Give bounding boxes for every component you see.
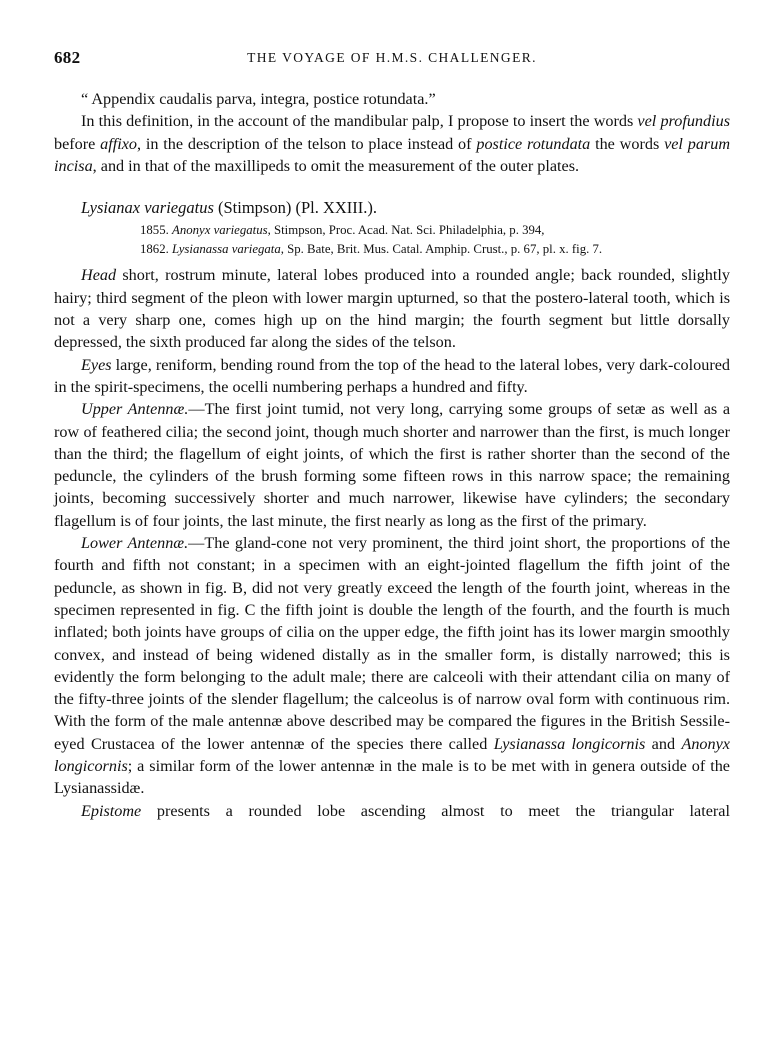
section-term: Eyes	[81, 356, 112, 374]
text: before	[54, 135, 100, 153]
italic-term: affixo	[100, 135, 137, 153]
reference: , Stimpson, Proc. Acad. Nat. Sci. Philad…	[268, 223, 545, 237]
latin-quote: “ Appendix caudalis parva, integra, post…	[54, 88, 730, 110]
year: 1855.	[140, 223, 172, 237]
year: 1862.	[140, 242, 172, 256]
page-body: “ Appendix caudalis parva, integra, post…	[54, 88, 730, 822]
taxon-name: Lysianassa variegata	[172, 242, 281, 256]
text: and	[645, 735, 681, 753]
reference: , Sp. Bate, Brit. Mus. Catal. Amphip. Cr…	[281, 242, 602, 256]
text: , in the description of the telson to pl…	[137, 135, 476, 153]
section-term: Lower Antennæ.	[81, 534, 188, 552]
page-header: 682 THE VOYAGE OF H.M.S. CHALLENGER.	[54, 48, 730, 70]
upper-antennae-paragraph: Upper Antennæ.—The first joint tumid, no…	[54, 398, 730, 532]
species-heading: Lysianax variegatus (Stimpson) (Pl. XXII…	[54, 197, 730, 219]
section-term: Head	[81, 266, 116, 284]
italic-term: postice rotundata	[476, 135, 590, 153]
italic-term: vel profundius	[637, 112, 730, 130]
epistome-paragraph: Epistome presents a rounded lobe ascendi…	[54, 800, 730, 822]
text: large, reniform, bending round from the …	[54, 356, 730, 396]
lower-antennae-paragraph: Lower Antennæ.—The gland-cone not very p…	[54, 532, 730, 800]
text: —The gland-cone not very prominent, the …	[54, 534, 730, 753]
head-paragraph: Head short, rostrum minute, lateral lobe…	[54, 264, 730, 353]
text: presents a rounded lobe ascending almost…	[141, 802, 730, 820]
eyes-paragraph: Eyes large, reniform, bending round from…	[54, 354, 730, 399]
italic-term: Lysianassa longicornis	[494, 735, 646, 753]
section-term: Epistome	[81, 802, 141, 820]
text: , and in that of the maxillipeds to omit…	[93, 157, 579, 175]
species-name: Lysianax variegatus	[81, 198, 214, 217]
text: short, rostrum minute, lateral lobes pro…	[54, 266, 730, 351]
definition-paragraph: In this definition, in the account of th…	[54, 110, 730, 177]
synonymy-entry: 1855. Anonyx variegatus, Stimpson, Proc.…	[54, 221, 730, 240]
text: ; a similar form of the lower antennæ in…	[54, 757, 730, 797]
synonymy-entry: 1862. Lysianassa variegata, Sp. Bate, Br…	[54, 240, 730, 259]
text: the words	[590, 135, 664, 153]
running-title: THE VOYAGE OF H.M.S. CHALLENGER.	[54, 50, 730, 66]
taxon-name: Anonyx variegatus	[172, 223, 268, 237]
text: In this definition, in the account of th…	[81, 112, 637, 130]
text: —The first joint tumid, not very long, c…	[54, 400, 730, 529]
species-authority: (Stimpson) (Pl. XXIII.).	[214, 198, 377, 217]
section-term: Upper Antennæ.	[81, 400, 188, 418]
synonymy-list: 1855. Anonyx variegatus, Stimpson, Proc.…	[54, 221, 730, 258]
